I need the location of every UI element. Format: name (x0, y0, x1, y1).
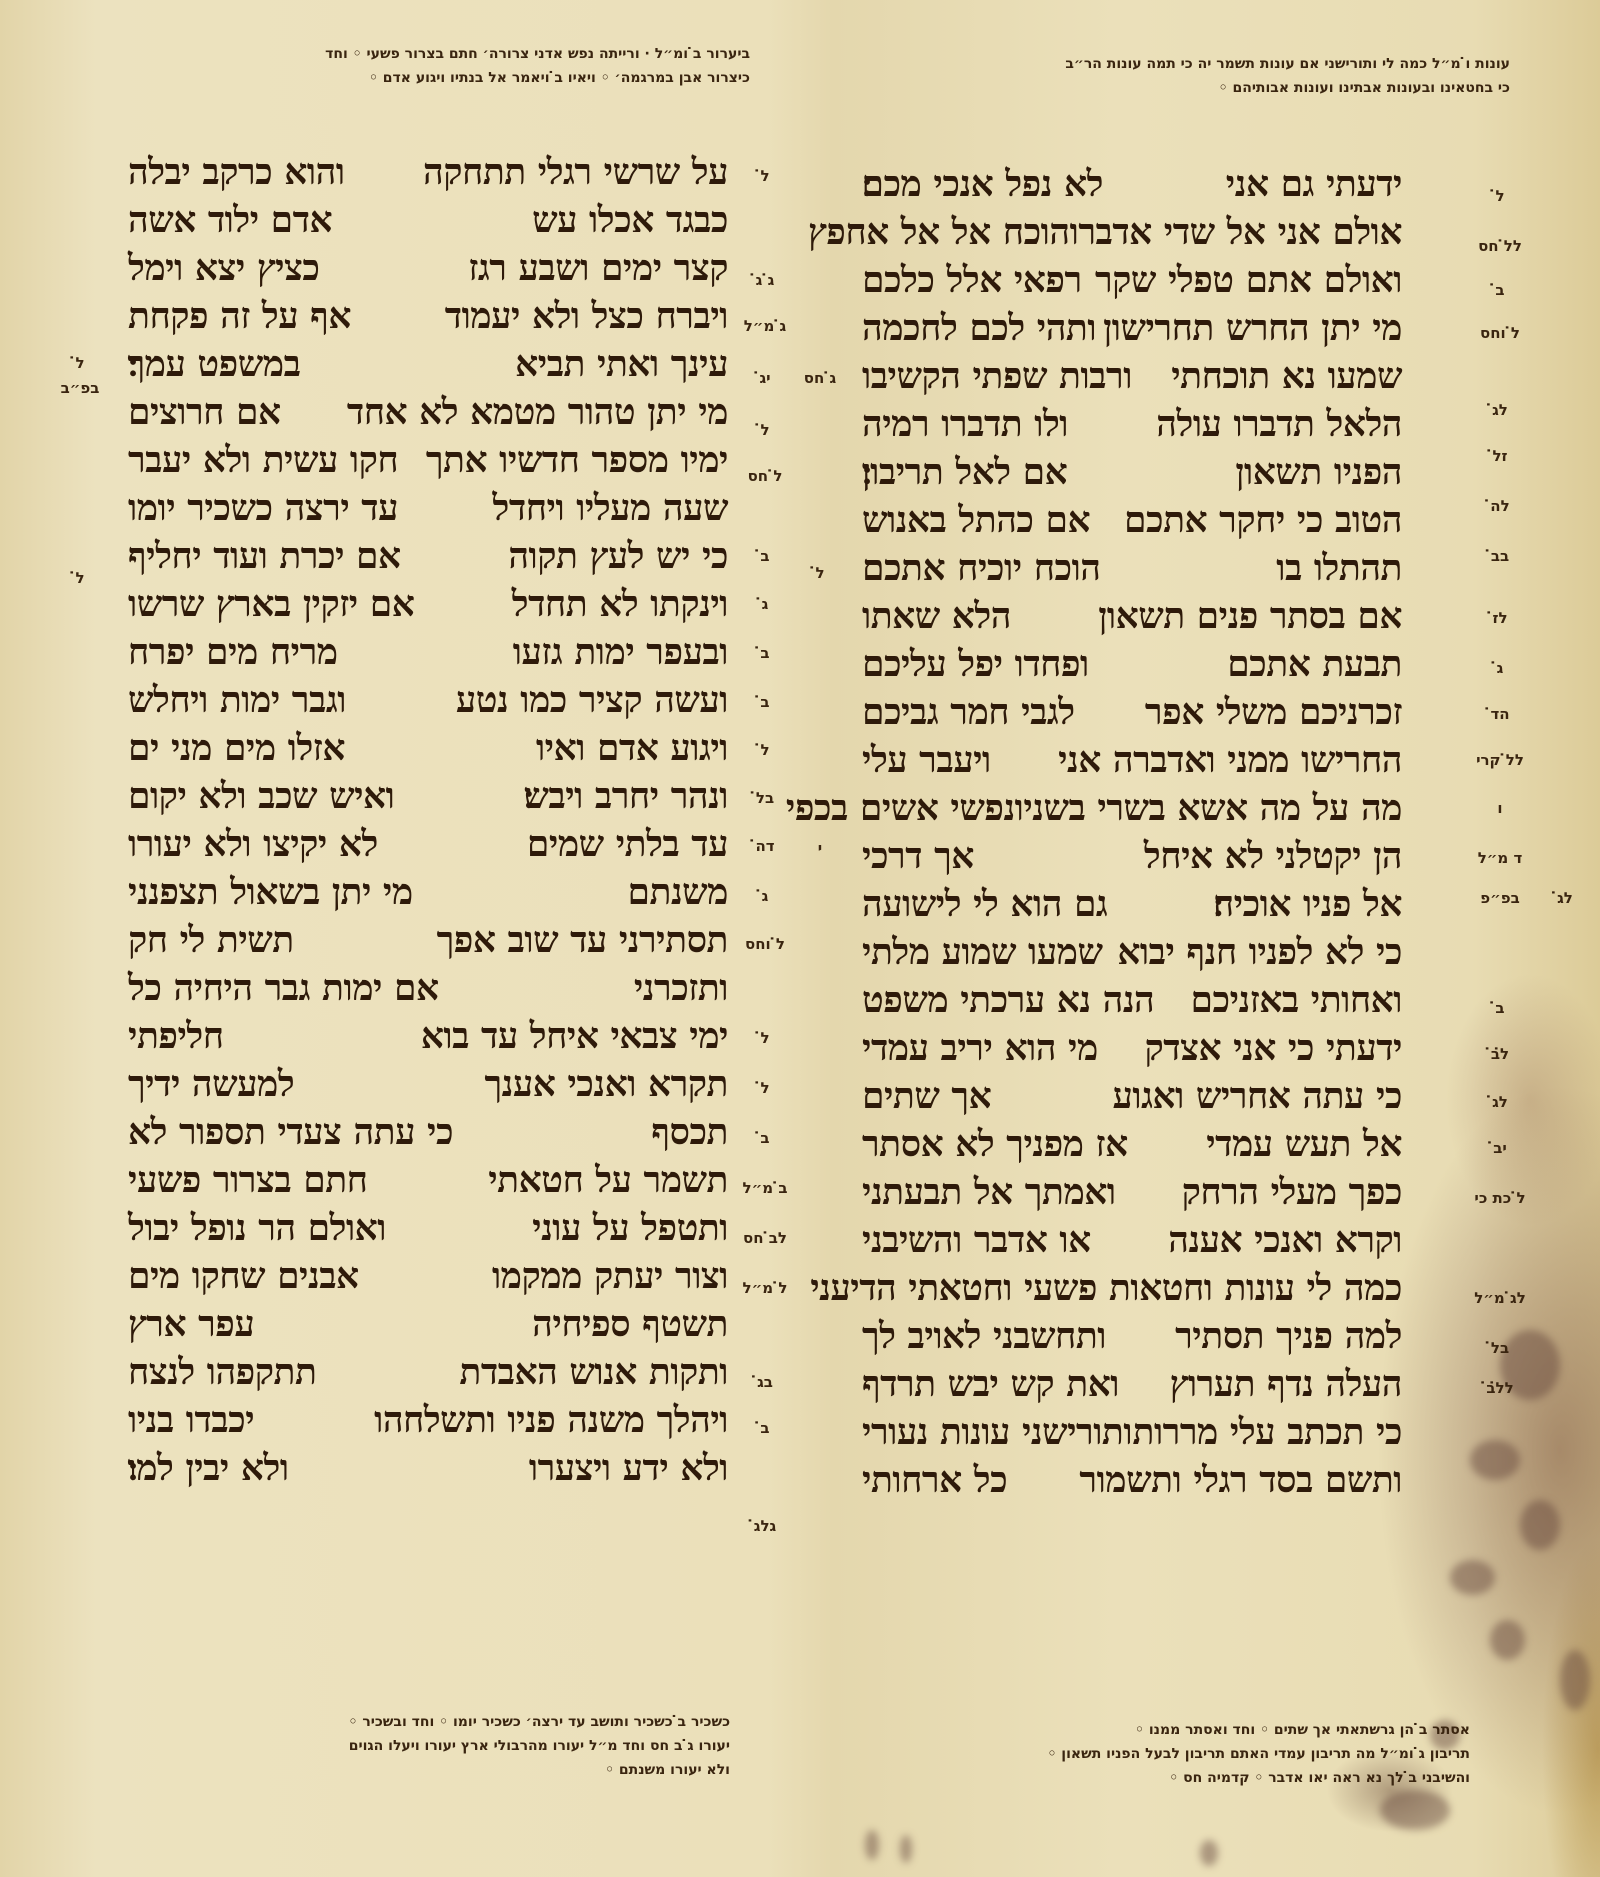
text-line: שמעו נא תוכחתיורבות שפתי הקשיבו (862, 352, 1402, 400)
masorah-parva-note: ו (1470, 800, 1530, 816)
text-line: אל פניו אוכיח׃גם הוא לי לישועה (862, 880, 1402, 928)
masorah-parva-note: ג̇ חס (790, 370, 850, 386)
hemistich-first: ותזכרני (634, 964, 728, 1012)
hemistich-first: תהתלו בו (1276, 544, 1402, 592)
masorah-parva-note: דה̇ (735, 838, 795, 854)
masorah-parva-note: לב̇ חס (735, 1230, 795, 1246)
hemistich-second: אם חרוצים (128, 388, 281, 436)
text-line: ותשם בסד רגלי ותשמורכל ארחותי (862, 1456, 1402, 1504)
masorah-parva-note: ב̇ (735, 694, 795, 710)
text-line: למה פניך תסתירותחשבני לאויב לך (862, 1312, 1402, 1360)
hemistich-second: עפר ארץ (128, 1300, 254, 1348)
stain (1200, 1840, 1218, 1866)
text-line: תשמר על חטאתיחתם בצרור פשעי (128, 1156, 728, 1204)
hemistich-first: אם בסתר פנים תשאון (1098, 592, 1402, 640)
hemistich-first: למה פניך תסתיר (1175, 1312, 1402, 1360)
stain (1380, 1790, 1450, 1830)
masorah-magna-top-right: עונות ו̇ מ״ל כמה לי ותורישני אם עונות תש… (870, 52, 1510, 100)
hemistich-second: מריח מים יפרח (128, 628, 338, 676)
text-line: ונהר יחרב ויבש׃ואיש שכב ולא יקום (128, 772, 728, 820)
masorah-parva-note: ל̇ וחס (735, 936, 795, 952)
hemistich-first: ותטפל על עוני (532, 1204, 728, 1252)
hemistich-second: חליפתי (128, 1012, 224, 1060)
masorah-parva-note: ל̇ וחס (1470, 325, 1530, 341)
hemistich-second: ורבות שפתי הקשיבו (862, 352, 1132, 400)
masorah-parva-far-left: ל̇בפ״בל̇ (40, 0, 110, 1877)
masorah-parva-note: ל̇ב̇ (1470, 1046, 1530, 1062)
masorah-parva-note: ב̇ (735, 645, 795, 661)
hemistich-second: מי יתן בשאול תצפנני (128, 868, 413, 916)
stain (900, 1835, 912, 1863)
hemistich-second: חקו עשית ולא יעבר (128, 436, 398, 484)
hemistich-second: אם לאל תריבון׃ (862, 448, 1067, 496)
hemistich-second: גם הוא לי לישועה (862, 880, 1107, 928)
hemistich-first: ויברח כצל ולא יעמוד (445, 292, 728, 340)
hemistich-first: ימיו מספר חדשיו אתך (426, 436, 728, 484)
masorah-parva-note: יג̇ (735, 370, 795, 386)
text-line: מי יתן החרש תחרישוןותהי לכם לחכמה (862, 304, 1402, 352)
text-line: מה על מה אשא בשרי בשניונפשי אשים בכפי (862, 784, 1402, 832)
hemistich-second: רפאי אלל כלכם (862, 256, 1082, 304)
hemistich-second: אם יזקין בארץ שרשו (128, 580, 414, 628)
text-line: כבגד אכלו עשאדם ילוד אשה (128, 196, 728, 244)
masorah-magna-top-left: ביערור ב̇ ומ״ל · ורייתה נפש אדני צרורה׳ … (150, 42, 750, 90)
text-line: תקרא ואנכי אענךלמעשה ידיך (128, 1060, 728, 1108)
hemistich-second: אדם ילוד אשה (128, 196, 332, 244)
hemistich-second: ותהי לכם לחכמה (862, 304, 1096, 352)
hemistich-second: אף על זה פקחת (128, 292, 351, 340)
masorah-line: עונות ו̇ מ״ל כמה לי ותורישני אם עונות תש… (870, 52, 1510, 76)
text-line: כי עתה אחריש ואגועאך שתים (862, 1072, 1402, 1120)
masorah-parva-note: לה̇ (1470, 498, 1530, 514)
masorah-parva-note: לג̇ (1470, 1094, 1530, 1110)
masorah-line: ולא יעורו משנתם ◦ (130, 1758, 730, 1782)
text-line: הטוב כי יחקר אתכםאם כהתל באנוש (862, 496, 1402, 544)
masorah-parva-note: ל̇ (790, 565, 850, 581)
hemistich-first: כי עתה אחריש ואגוע (1113, 1072, 1403, 1120)
hemistich-second: אזלו מים מני ים (128, 724, 345, 772)
text-line: תכסףכי עתה צעדי תספור לא (128, 1108, 728, 1156)
text-line: שעה מעליו ויחדלעד ירצה כשכיר יומו (128, 484, 728, 532)
masorah-parva-note: ג̇ מ״ל (735, 318, 795, 334)
stain (865, 1830, 879, 1860)
masorah-parva-note: ל̇ (735, 742, 795, 758)
hemistich-first: כפך מעלי הרחק (1182, 1168, 1402, 1216)
hemistich-first: כמה לי עונות וחטאות פשעי וחטאתי הדיעני (810, 1264, 1402, 1312)
text-line: ויגוע אדם ואיואזלו מים מני ים (128, 724, 728, 772)
hemistich-first: משנתם (628, 868, 728, 916)
masorah-parva-note: י (790, 840, 850, 856)
masorah-parva-note: ל̇ (50, 570, 110, 586)
text-line: ימי צבאי איחל עד בואחליפתי (128, 1012, 728, 1060)
text-line: וצור יעתק ממקמואבנים שחקו מים (128, 1252, 728, 1300)
hemistich-first: ובעפר ימות גזעו (513, 628, 728, 676)
hemistich-second: חתם בצרור פשעי (128, 1156, 367, 1204)
hemistich-second: כל ארחותי (862, 1456, 1007, 1504)
masorah-parva-note: ל̇ כת כי (1470, 1190, 1530, 1206)
hemistich-first: מי יתן טהור מטמא לא אחד (347, 388, 728, 436)
text-line: תשטף ספיחיהעפר ארץ (128, 1300, 728, 1348)
hemistich-first: ותשם בסד רגלי ותשמור (1079, 1456, 1402, 1504)
text-line: וינקתו לא תחדלאם יזקין בארץ שרשו (128, 580, 728, 628)
text-line: על שרשי רגלי תתחקהוהוא כרקב יבלה (128, 148, 728, 196)
masorah-parva-note: ל̇ (735, 422, 795, 438)
text-line: החרישו ממני ואדברה אניויעבר עלי (862, 736, 1402, 784)
hemistich-first: קצר ימים ושבע רגז (468, 244, 728, 292)
text-line: וקרא ואנכי אענהאו אדבר והשיבני (862, 1216, 1402, 1264)
text-line: משנתםמי יתן בשאול תצפנני (128, 868, 728, 916)
hemistich-first: תקרא ואנכי אענך (484, 1060, 728, 1108)
masorah-parva-note: ב̇ מ״ל (735, 1180, 795, 1196)
hemistich-first: הן יקטלני לא איחל (1144, 832, 1402, 880)
masorah-line: כיצרור אבן במרגמה׳ ◦ ויאיו ב̇ ויאמר אל ב… (150, 66, 750, 90)
masorah-magna-bottom-right: אסתר ב̇ הן גרשתאתי אך שתים ◦ וחד ואסתר מ… (870, 1718, 1470, 1790)
hemistich-second: יכבדו בניו (128, 1396, 254, 1444)
masorah-parva-note: ל̇ (735, 1080, 795, 1096)
text-line: ואולם אתם טפלי שקררפאי אלל כלכם (862, 256, 1402, 304)
hemistich-first: ונהר יחרב ויבש׃ (524, 772, 728, 820)
hemistich-second: ופחדו יפל עליכם (862, 640, 1089, 688)
masorah-line: כשכיר ב̇ כשכיר ותושב עד ירצה׳ כשכיר יומו… (130, 1710, 730, 1734)
text-line: כי תכתב עלי מררותותורישני עונות נעורי (862, 1408, 1402, 1456)
hemistich-first: ועשה קציר כמו נטע (456, 676, 728, 724)
masorah-parva-note: ב̇ (735, 1130, 795, 1146)
hemistich-second: אך דרכי (862, 832, 974, 880)
text-line: תסתירני עד שוב אפךתשית לי חק (128, 916, 728, 964)
masorah-parva-between-left: ל̇ג̇ ג̇ג̇ מ״ליג̇ל̇ל̇ חסב̇ג̇ב̇ב̇ל̇בל̇דה̇ג… (735, 0, 795, 1877)
hemistich-first: על שרשי רגלי תתחקה (423, 148, 728, 196)
text-line: כי יש לעץ תקוהאם יכרת ועוד יחליף (128, 532, 728, 580)
masorah-parva-note: ג̇ (735, 596, 795, 612)
text-line: מי יתן טהור מטמא לא אחדאם חרוצים (128, 388, 728, 436)
masorah-line: והשיבני ב̇ לך נא ראה יאו אדבר ◦ קדמיה חס… (870, 1766, 1470, 1790)
masorah-parva-note: ג̇ ג̇ (735, 272, 795, 288)
hemistich-first: אולם אני אל שדי אדבר (1078, 208, 1402, 256)
text-line: ידעתי כי אני אצדקמי הוא יריב עמדי (862, 1024, 1402, 1072)
text-line: ידעתי גם אנילא נפל אנכי מכם׃ (862, 160, 1402, 208)
hemistich-first: ואולם אתם טפלי שקר (1095, 256, 1402, 304)
hemistich-first: תסתירני עד שוב אפך (437, 916, 728, 964)
masorah-parva-note: ל̇ (735, 1030, 795, 1046)
text-line: ועשה קציר כמו נטעוגבר ימות ויחלש (128, 676, 728, 724)
hemistich-second: אז מפניך לא אסתר (862, 1120, 1128, 1168)
hemistich-second: ואיש שכב ולא יקום (128, 772, 394, 820)
masorah-parva-note: לג̇ (1535, 890, 1595, 906)
masorah-parva-note: לל̇ חס (1470, 238, 1530, 254)
hemistich-first: וצור יעתק ממקמו (492, 1252, 728, 1300)
hemistich-first: מה על מה אשא בשרי בשני (1023, 784, 1402, 832)
hemistich-second: לא נפל אנכי מכם׃ (862, 160, 1103, 208)
masorah-parva-note: לז̇ (1470, 610, 1530, 626)
hemistich-second: ואמתך אל תבעתני (862, 1168, 1116, 1216)
text-line: כפך מעלי הרחקואמתך אל תבעתני (862, 1168, 1402, 1216)
hemistich-first: שמעו נא תוכחתי (1171, 352, 1402, 400)
hemistich-second: אם ימות גבר היחיה כל (128, 964, 439, 1012)
text-line: ובעפר ימות גזעומריח מים יפרח (128, 628, 728, 676)
hemistich-first: תשמר על חטאתי (488, 1156, 728, 1204)
masorah-line: יעורו ג̇ ב חס וחד מ״ל יעורו מהרבולי ארץ … (130, 1734, 730, 1758)
hemistich-first: כבגד אכלו עש (532, 196, 728, 244)
hemistich-second: הלא שאתו (862, 592, 1011, 640)
masorah-parva-note: לל̇ב̇ (1470, 1380, 1530, 1396)
hemistich-first: ולא ידע ויצערו (529, 1444, 728, 1492)
text-line: עינך ואתי תביאבמשפט עמך׃ (128, 340, 728, 388)
hemistich-first: אל תעש עמדי (1206, 1120, 1402, 1168)
masorah-parva-note: גלג̇ (735, 1518, 795, 1534)
masorah-line: כי בחטאינו ובעונות אבתינו ועונות אבותיהם… (870, 76, 1510, 100)
text-line: ויהלך משנה פניו ותשלחהויכבדו בניו (128, 1396, 728, 1444)
masorah-parva-between-right: ג̇ חסל̇י (790, 0, 850, 1877)
hemistich-second: לא יקיצו ולא יעורו (128, 820, 378, 868)
text-line: ולא ידע ויצערוולא יבין למו׃ (128, 1444, 728, 1492)
hemistich-second: והוא כרקב יבלה (128, 148, 345, 196)
masorah-parva-note: לל̇ קרי (1470, 752, 1530, 768)
hemistich-second: הוכח יוכיח אתכם (862, 544, 1101, 592)
hemistich-first: זכרניכם משלי אפר (1145, 688, 1402, 736)
masorah-parva-note: בפ״ב (50, 380, 110, 396)
hemistich-second: ואולם הר נופל יבול (128, 1204, 386, 1252)
masorah-parva-note: ל̇ (50, 355, 110, 371)
text-line: אל תעש עמדיאז מפניך לא אסתר (862, 1120, 1402, 1168)
hemistich-first: כי יש לעץ תקוה (508, 532, 728, 580)
text-line: ותקות אנוש האבדתתתקפהו לנצח (128, 1348, 728, 1396)
masorah-parva-note: בל̇ (1470, 1340, 1530, 1356)
text-line: אולם אני אל שדי אדברוהוכח אל אל אחפץ (862, 208, 1402, 256)
masorah-parva-note: ג̇ (735, 888, 795, 904)
hemistich-second: תשית לי חק (128, 916, 294, 964)
hemistich-first: ימי צבאי איחל עד בוא (421, 1012, 728, 1060)
masorah-line: תריבון ג̇ ומ״ל מה תריבון עמדי האתם תריבו… (870, 1742, 1470, 1766)
hemistich-first: ידעתי גם אני (1226, 160, 1402, 208)
hemistich-first: ותקות אנוש האבדת (459, 1348, 728, 1396)
masorah-parva-note: יב̇ (1470, 1140, 1530, 1156)
masorah-magna-bottom-left: כשכיר ב̇ כשכיר ותושב עד ירצה׳ כשכיר יומו… (130, 1710, 730, 1782)
masorah-parva-note: ל̇ מ״ל (735, 1280, 795, 1296)
hemistich-second: למעשה ידיך (128, 1060, 294, 1108)
hemistich-first: הלאל תדברו עולה (1156, 400, 1402, 448)
text-line: אם בסתר פנים תשאוןהלא שאתו (862, 592, 1402, 640)
text-line: הן יקטלני לא איחלאך דרכי (862, 832, 1402, 880)
masorah-parva-note: ב̇ (1470, 1000, 1530, 1016)
hemistich-first: החרישו ממני ואדברה אני (1058, 736, 1402, 784)
hemistich-second: אם יכרת ועוד יחליף (128, 532, 401, 580)
hemistich-first: תשטף ספיחיה (532, 1300, 728, 1348)
hemistich-second: ולא יבין למו׃ (128, 1444, 289, 1492)
hemistich-first: וינקתו לא תחדל (512, 580, 728, 628)
text-line: עד בלתי שמיםלא יקיצו ולא יעורו (128, 820, 728, 868)
text-line: העלה נדף תערוץואת קש יבש תרדף (862, 1360, 1402, 1408)
text-line: ותזכרניאם ימות גבר היחיה כל (128, 964, 728, 1012)
masorah-parva-note: בל̇ (735, 790, 795, 806)
text-line: ויברח כצל ולא יעמודאף על זה פקחת (128, 292, 728, 340)
hemistich-second: תתקפהו לנצח (128, 1348, 316, 1396)
text-line: הלאל תדברו עולהולו תדברו רמיה (862, 400, 1402, 448)
hemistich-second: ותחשבני לאויב לך (862, 1312, 1106, 1360)
masorah-line: ביערור ב̇ ומ״ל · ורייתה נפש אדני צרורה׳ … (150, 42, 750, 66)
hemistich-first: תבעת אתכם (1227, 640, 1402, 688)
hemistich-second: שמעו שמוע מלתי (862, 928, 1102, 976)
masorah-line: אסתר ב̇ הן גרשתאתי אך שתים ◦ וחד ואסתר מ… (870, 1718, 1470, 1742)
text-line: ימיו מספר חדשיו אתךחקו עשית ולא יעבר (128, 436, 728, 484)
hemistich-second: ואת קש יבש תרדף (862, 1360, 1119, 1408)
hemistich-first: וקרא ואנכי אענה (1168, 1216, 1402, 1264)
hemistich-first: שעה מעליו ויחדל (493, 484, 728, 532)
text-line: ותטפל על עוניואולם הר נופל יבול (128, 1204, 728, 1252)
text-line: תבעת אתכםופחדו יפל עליכם (862, 640, 1402, 688)
hemistich-second: מי הוא יריב עמדי (862, 1024, 1098, 1072)
masorah-parva-right-margin: ל̇לל̇ חסב̇ל̇ וחסלג̇זל̇לה̇בב̇לז̇ג̇הד̇לל̇ … (1470, 0, 1530, 1877)
masorah-parva-note: בג̇ (735, 1374, 795, 1390)
text-column-left: על שרשי רגלי תתחקהוהוא כרקב יבלהכבגד אכל… (128, 148, 728, 1492)
hemistich-first: אל פניו אוכיח׃ (1213, 880, 1402, 928)
hemistich-first: כי תכתב עלי מררות (1132, 1408, 1402, 1456)
hemistich-first: הפניו תשאון (1235, 448, 1402, 496)
hemistich-second: ויעבר עלי (862, 736, 991, 784)
hemistich-second: ותורישני עונות נעורי (862, 1408, 1132, 1456)
hemistich-second: עד ירצה כשכיר יומו (128, 484, 398, 532)
masorah-parva-note: לג̇ (1470, 402, 1530, 418)
masorah-parva-note: זל̇ (1470, 448, 1530, 464)
text-line: ואחותי באזניכםהנה נא ערכתי משפט (862, 976, 1402, 1024)
hemistich-second: לגבי חמר גביכם (862, 688, 1075, 736)
hemistich-second: או אדבר והשיבני (862, 1216, 1091, 1264)
masorah-parva-note: הד̇ (1470, 706, 1530, 722)
text-line: כמה לי עונות וחטאות פשעי וחטאתי הדיעני (862, 1264, 1402, 1312)
hemistich-second: אם כהתל באנוש (862, 496, 1090, 544)
masorah-parva-note: ל̇ (1470, 188, 1530, 204)
hemistich-second: כציץ יצא וימל (128, 244, 319, 292)
masorah-parva-far-right: לג̇ (1535, 0, 1595, 1877)
hemistich-second: אבנים שחקו מים (128, 1252, 359, 1300)
hemistich-first: ואחותי באזניכם (1191, 976, 1402, 1024)
hemistich-second: במשפט עמך׃ (128, 340, 300, 388)
masorah-parva-note: בפ״פ (1470, 890, 1530, 906)
text-line: כי לא לפניו חנף יבואשמעו שמוע מלתי (862, 928, 1402, 976)
masorah-parva-note: ב̇ (735, 1420, 795, 1436)
masorah-parva-note: ב̇ (1470, 282, 1530, 298)
hemistich-second: כי עתה צעדי תספור לא (128, 1108, 453, 1156)
masorah-parva-note: ב̇ (735, 548, 795, 564)
text-line: זכרניכם משלי אפרלגבי חמר גביכם (862, 688, 1402, 736)
masorah-parva-note: ל̇ חס (735, 468, 795, 484)
hemistich-second: ולו תדברו רמיה (862, 400, 1068, 448)
masorah-parva-note: ל̇ (735, 168, 795, 184)
hemistich-second: אך שתים (862, 1072, 991, 1120)
hemistich-first: ידעתי כי אני אצדק (1145, 1024, 1402, 1072)
text-line: הפניו תשאוןאם לאל תריבון׃ (862, 448, 1402, 496)
hemistich-first: עד בלתי שמים (527, 820, 728, 868)
hemistich-second: וגבר ימות ויחלש (128, 676, 346, 724)
text-line: קצר ימים ושבע רגזכציץ יצא וימל (128, 244, 728, 292)
hemistich-first: תכסף (651, 1108, 728, 1156)
masorah-parva-note: בב̇ (1470, 548, 1530, 564)
hemistich-first: מי יתן החרש תחרישון (1103, 304, 1402, 352)
hemistich-first: העלה נדף תערוץ (1170, 1360, 1402, 1408)
masorah-parva-note: לג̇ מ״ל (1470, 1290, 1530, 1306)
masorah-parva-note: ג̇ (1470, 660, 1530, 676)
hemistich-first: ויגוע אדם ואיו (536, 724, 728, 772)
hemistich-second: הנה נא ערכתי משפט (862, 976, 1154, 1024)
hemistich-first: הטוב כי יחקר אתכם (1124, 496, 1402, 544)
text-column-right: ידעתי גם אנילא נפל אנכי מכם׃אולם אני אל … (862, 160, 1402, 1504)
masorah-parva-note: ד מ״ל (1470, 850, 1530, 866)
hemistich-first: עינך ואתי תביא (515, 340, 728, 388)
hemistich-first: ויהלך משנה פניו ותשלחהו (374, 1396, 728, 1444)
hemistich-first: כי לא לפניו חנף יבוא (1117, 928, 1402, 976)
text-line: תהתלו בוהוכח יוכיח אתכם (862, 544, 1402, 592)
